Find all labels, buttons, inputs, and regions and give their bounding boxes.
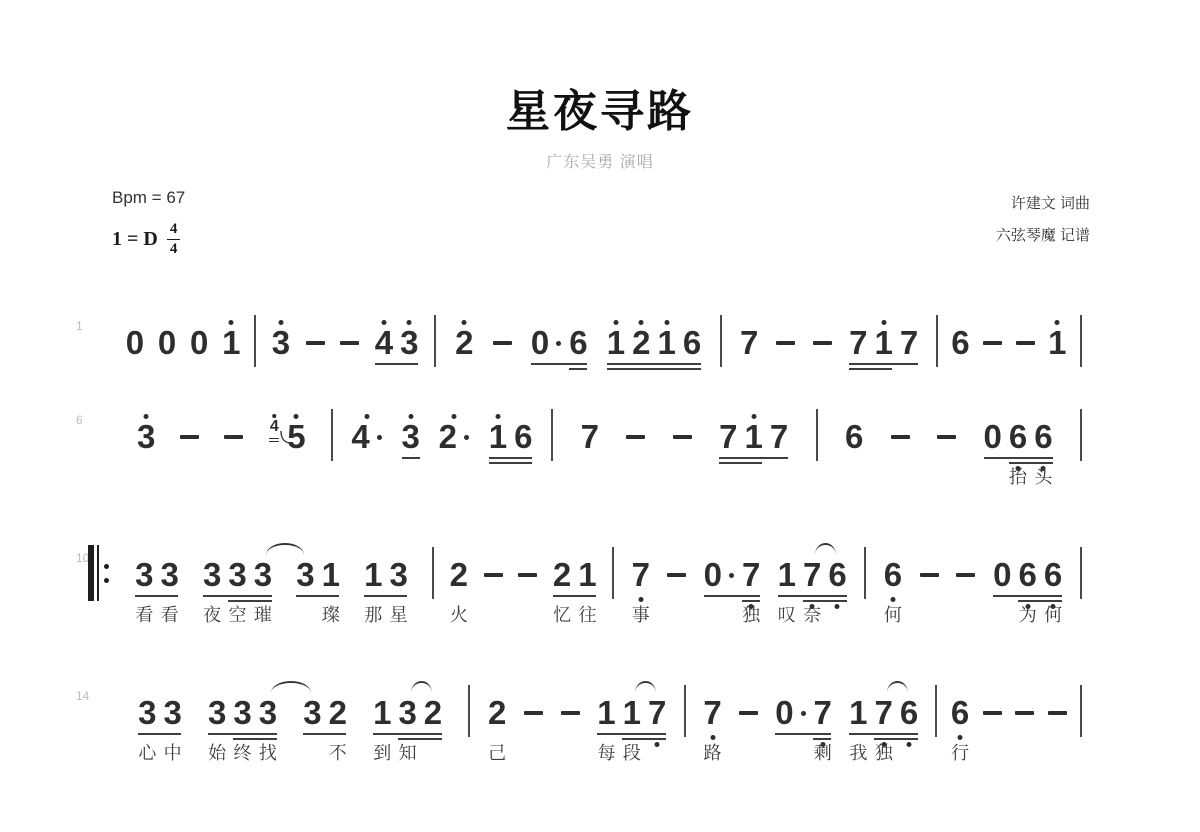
note-token: 6: [951, 326, 969, 360]
note-token: 6: [900, 696, 918, 730]
lyric-char: 火: [450, 601, 468, 627]
measure: 2061216: [436, 326, 720, 360]
octave-up-dot: [144, 414, 149, 419]
lyric-char: 己: [488, 739, 506, 765]
lyric-char: 星: [390, 601, 408, 627]
beam-line: [778, 595, 847, 597]
dash-token: [1015, 696, 1034, 730]
note-group: [1015, 696, 1034, 730]
lyric-char: 段: [623, 739, 641, 765]
note-token: 6何: [1044, 558, 1062, 592]
measure-number: 14: [76, 689, 89, 703]
note-token: 3中: [164, 696, 182, 730]
note-token: 6为: [1019, 558, 1037, 592]
measure: 345: [112, 420, 331, 454]
note-group: 2火: [450, 558, 468, 592]
dash-token: [937, 420, 956, 454]
note-token: 5: [287, 420, 305, 454]
dash-token: [891, 420, 910, 454]
beam-line: [704, 595, 760, 597]
credits: 许建文 词曲 六弦琴魔 记谱: [996, 188, 1090, 251]
time-signature: 4 4: [167, 222, 181, 257]
beam-line: [993, 595, 1062, 597]
octave-up-dot: [273, 414, 277, 418]
note-token: 3: [402, 420, 420, 454]
beam-line: [849, 363, 918, 365]
rest-token: 0: [126, 326, 144, 360]
note-token: 3终: [233, 696, 251, 730]
dash-token: [561, 696, 580, 730]
measure-number: 1: [76, 319, 83, 333]
lyric-char: 看: [161, 601, 179, 627]
note-token: 1到: [373, 696, 391, 730]
beam-line: [813, 738, 831, 740]
measure: 2己1每1段7: [470, 696, 684, 730]
notation-line-10: 103看3看3夜3空3璀31璨1那3星2火2忆1往7事07独1叹7奈66何06为…: [112, 555, 1082, 595]
dash-token: [493, 326, 512, 360]
note-token: 6: [569, 326, 587, 360]
barline: [468, 685, 470, 737]
note-token: 3看: [135, 558, 153, 592]
note-group: [776, 326, 795, 360]
note-group: 32不: [303, 696, 347, 730]
dash-token: [306, 326, 325, 360]
beam-line: [135, 595, 178, 597]
barline: [1080, 547, 1082, 599]
note-token: 7: [849, 326, 867, 360]
lyric-char: 那: [364, 601, 382, 627]
note-token: 3知: [398, 696, 416, 730]
note-token: 1: [657, 326, 675, 360]
note-group: [340, 326, 359, 360]
note-group: 717: [719, 420, 788, 454]
note-token: 1: [489, 420, 507, 454]
barline: [720, 315, 722, 367]
lyric-char: 独: [875, 739, 893, 765]
repeat-start-sign: [88, 545, 109, 601]
note-group: [937, 420, 956, 454]
measure: 6何06为6何: [866, 558, 1080, 592]
note-group: [1048, 696, 1067, 730]
note-token: 3看: [161, 558, 179, 592]
note-group: 7: [740, 326, 758, 360]
note-token: 2己: [488, 696, 506, 730]
beam-line: [296, 595, 339, 597]
barline: [1080, 685, 1082, 737]
note-token: 1那: [364, 558, 382, 592]
barline: [1080, 315, 1082, 367]
note-token: 6头: [1034, 420, 1052, 454]
note-group: 6何: [884, 558, 902, 592]
beam-line: [607, 368, 701, 370]
dash-token: [667, 558, 686, 592]
note-token: 7: [740, 326, 758, 360]
note-group: 7: [581, 420, 599, 454]
note-group: 6行: [951, 696, 969, 730]
lyric-char: 心: [138, 739, 156, 765]
note-group: [626, 420, 645, 454]
note-group: 43: [375, 326, 419, 360]
note-token: 4: [268, 418, 280, 436]
lyric-char: 何: [884, 601, 902, 627]
note-token: 2: [455, 326, 473, 360]
lyric-char: 叹: [778, 601, 796, 627]
measure: 7717: [553, 420, 815, 454]
note-token: 3: [296, 558, 314, 592]
rest-token: 0: [158, 326, 176, 360]
note-group: 1216: [607, 326, 701, 360]
note-token: 6行: [951, 696, 969, 730]
note-token: 1叹: [778, 558, 796, 592]
note-group: [561, 696, 580, 730]
dash-token: [340, 326, 359, 360]
note-group: 1叹7奈6: [778, 558, 847, 592]
beam-line: [719, 462, 762, 464]
lyric-char: 终: [234, 739, 252, 765]
note-token: 6何: [884, 558, 902, 592]
note-group: 06抬6头: [984, 420, 1053, 454]
barline: [331, 409, 333, 461]
rest-token: 0: [704, 558, 735, 592]
measure-number: 6: [76, 413, 83, 427]
note-group: 2己: [488, 696, 506, 730]
dash-token: [626, 420, 645, 454]
note-group: [518, 558, 537, 592]
barline: [936, 315, 938, 367]
note-group: 3: [272, 326, 290, 360]
note-token: 4: [375, 326, 393, 360]
note-token: 3心: [138, 696, 156, 730]
note-token: 1: [874, 326, 892, 360]
note-group: 3看3看: [135, 558, 179, 592]
note-token: 3夜: [203, 558, 221, 592]
dash-token: [1016, 326, 1035, 360]
note-token: 7: [719, 420, 737, 454]
octave-up-dot: [751, 414, 756, 419]
measure: 606抬6头: [818, 420, 1080, 454]
sheet-music-page: 星夜寻路 广东吴勇 演唱 Bpm = 67 1 = D 4 4 许建文 词曲 六…: [0, 0, 1200, 832]
lyric-char: 每: [597, 739, 615, 765]
note-token: 3始: [208, 696, 226, 730]
notation-line-14: 143心3中3始3终3找32不1到3知22己1每1段77路07剩1我7独66行: [112, 693, 1082, 733]
octave-up-dot: [639, 320, 644, 325]
octave-up-dot: [881, 320, 886, 325]
note-group: 0: [126, 326, 144, 360]
lyric-char: 奈: [803, 601, 821, 627]
lyric-char: 夜: [203, 601, 221, 627]
note-group: [1016, 326, 1035, 360]
lyric-char: 空: [229, 601, 247, 627]
dash-token: [224, 420, 243, 454]
octave-up-dot: [462, 320, 467, 325]
beam-line: [597, 733, 666, 735]
barline: [864, 547, 866, 599]
beam-line: [373, 733, 442, 735]
performer-subtitle: 广东吴勇 演唱: [0, 149, 1200, 172]
octave-up-dot: [1055, 320, 1060, 325]
note-token: 7: [770, 420, 788, 454]
note-group: 6: [845, 420, 863, 454]
note-token: 3: [272, 326, 290, 360]
rest-token: 0: [531, 326, 562, 360]
note-token: 2忆: [553, 558, 571, 592]
credit-composer: 许建文 词曲: [996, 188, 1090, 220]
note-token: 2不: [329, 696, 347, 730]
note-token: 1: [1048, 326, 1066, 360]
barline: [254, 315, 256, 367]
lyric-char: 抬: [1009, 463, 1027, 489]
note-token: 7路: [703, 696, 721, 730]
beam-line: [208, 733, 277, 735]
octave-down-dot: [655, 742, 660, 747]
dash-token: [813, 326, 832, 360]
dash-token: [956, 558, 975, 592]
note-group: 717: [849, 326, 918, 360]
lyric-char: 路: [704, 739, 722, 765]
octave-up-dot: [381, 320, 386, 325]
note-group: [673, 420, 692, 454]
dash-token: [180, 420, 199, 454]
octave-up-dot: [495, 414, 500, 419]
beam-line: [303, 733, 346, 735]
note-token: 6: [845, 420, 863, 454]
barline: [1080, 409, 1082, 461]
beam-line: [775, 733, 831, 735]
measure: 61: [938, 326, 1080, 360]
meta-left: Bpm = 67 1 = D 4 4: [112, 188, 185, 257]
octave-up-dot: [229, 320, 234, 325]
note-group: 06为6何: [993, 558, 1062, 592]
note-group: [956, 558, 975, 592]
beam-line: [719, 457, 788, 459]
note-group: 2: [439, 420, 470, 454]
dash-token: [1048, 696, 1067, 730]
octave-up-dot: [278, 320, 283, 325]
octave-up-dot: [407, 320, 412, 325]
rest-token: 0: [993, 558, 1011, 592]
note-group: 0: [158, 326, 176, 360]
lyric-char: 头: [1034, 463, 1052, 489]
lyric-char: 忆: [553, 601, 571, 627]
measure: 3看3看3夜3空3璀31璨1那3星: [111, 558, 432, 592]
barline: [935, 685, 937, 737]
lyric-char: 看: [135, 601, 153, 627]
beam-line: [742, 600, 760, 602]
dash-token: [484, 558, 503, 592]
beam-line: [138, 733, 181, 735]
lyric-char: 为: [1019, 601, 1037, 627]
note-token: 7事: [632, 558, 650, 592]
note-token: 2火: [450, 558, 468, 592]
note-group: 31璨: [296, 558, 340, 592]
note-group: [983, 696, 1002, 730]
note-token: 7剩: [814, 696, 832, 730]
beam-line: [489, 462, 532, 464]
dash-token: [739, 696, 758, 730]
note-token: 1每: [597, 696, 615, 730]
note-group: [224, 420, 243, 454]
barline: [434, 315, 436, 367]
measure: 2火2忆1往: [434, 558, 612, 592]
note-group: 6: [951, 326, 969, 360]
beam-line: [364, 595, 407, 597]
note-token: 2: [439, 420, 470, 454]
notation-line-6: 6345432167717606抬6头: [112, 417, 1082, 457]
note-token: 2: [424, 696, 442, 730]
note-token: 3: [400, 326, 418, 360]
measure: 6行: [937, 696, 1080, 730]
barline: [816, 409, 818, 461]
note-token: 3璀: [254, 558, 272, 592]
note-group: 1到3知2: [373, 696, 442, 730]
note-token: 3找: [259, 696, 277, 730]
note-group: 3始3终3找: [208, 696, 277, 730]
note-token: 1: [745, 420, 763, 454]
note-group: [524, 696, 543, 730]
octave-up-dot: [664, 320, 669, 325]
note-token: 6: [514, 420, 532, 454]
lyric-char: 璨: [322, 601, 340, 627]
note-token: 7独: [875, 696, 893, 730]
note-group: [920, 558, 939, 592]
note-token: 3空: [228, 558, 246, 592]
note-group: [484, 558, 503, 592]
dash-token: [983, 696, 1002, 730]
lyric-char: 知: [399, 739, 417, 765]
measure: 0001: [112, 326, 254, 360]
octave-up-dot: [294, 414, 299, 419]
note-group: [306, 326, 325, 360]
key-prefix: 1 = D: [112, 228, 158, 251]
beam-line: [984, 457, 1053, 459]
note-group: 1: [222, 326, 240, 360]
dash-token: [776, 326, 795, 360]
beam-line: [398, 738, 442, 740]
octave-up-dot: [408, 414, 413, 419]
note-token: 1: [607, 326, 625, 360]
dash-token: [920, 558, 939, 592]
score: 1000134320612167717616345432167717606抬6头…: [112, 323, 1082, 733]
rest-token: 0: [775, 696, 806, 730]
note-group: 3: [402, 420, 420, 454]
beam-line: [203, 595, 272, 597]
note-token: 7: [648, 696, 666, 730]
note-token: 6: [683, 326, 701, 360]
lyric-char: 找: [259, 739, 277, 765]
notation-line-1: 100013432061216771761: [112, 323, 1082, 363]
beam-line: [402, 457, 420, 459]
note-token: 4: [351, 420, 382, 454]
barline: [612, 547, 614, 599]
octave-down-dot: [835, 604, 840, 609]
beam-line: [553, 595, 596, 597]
time-signature-numerator: 4: [167, 222, 181, 240]
note-group: [667, 558, 686, 592]
note-group: [983, 326, 1002, 360]
time-signature-denominator: 4: [170, 240, 178, 257]
song-title: 星夜寻路: [0, 0, 1200, 136]
beam-line: [803, 600, 847, 602]
lyric-char: 独: [742, 601, 760, 627]
measure: 3心3中3始3终3找32不1到3知2: [112, 696, 468, 730]
note-token: 6: [828, 558, 846, 592]
note-group: 07独: [704, 558, 761, 592]
lyric-char: 到: [373, 739, 391, 765]
measure: 7路07剩1我7独6: [686, 696, 935, 730]
note-token: 7独: [742, 558, 760, 592]
note-group: 2: [455, 326, 473, 360]
note-token: 3: [137, 420, 155, 454]
note-group: 16: [489, 420, 533, 454]
dash-token: [673, 420, 692, 454]
note-token: 1往: [578, 558, 596, 592]
note-group: 0: [190, 326, 208, 360]
note-group: 2忆1往: [553, 558, 597, 592]
note-group: 07剩: [775, 696, 832, 730]
note-group: 45: [268, 420, 305, 454]
beam-line: [489, 457, 532, 459]
octave-down-dot: [907, 742, 912, 747]
barline: [551, 409, 553, 461]
credit-transcriber: 六弦琴魔 记谱: [996, 220, 1090, 252]
note-token: 3星: [389, 558, 407, 592]
lyric-char: 始: [208, 739, 226, 765]
dash-token: [983, 326, 1002, 360]
note-group: 3心3中: [138, 696, 182, 730]
note-token: 7奈: [803, 558, 821, 592]
beam-line: [1009, 462, 1053, 464]
barline: [432, 547, 434, 599]
note-token: 7: [581, 420, 599, 454]
key-signature: 1 = D 4 4: [112, 222, 185, 257]
note-token: 6抬: [1009, 420, 1027, 454]
note-token: 3: [303, 696, 321, 730]
beam-line: [1018, 600, 1062, 602]
lyric-char: 往: [578, 601, 596, 627]
dash-token: [518, 558, 537, 592]
lyric-char: 我: [849, 739, 867, 765]
note-group: 7事: [632, 558, 650, 592]
beam-line: [622, 738, 666, 740]
note-group: 1那3星: [364, 558, 408, 592]
lyric-char: 不: [329, 739, 347, 765]
lyric-char: 中: [164, 739, 182, 765]
bpm-label: Bpm = 67: [112, 188, 185, 208]
note-token: 1段: [623, 696, 641, 730]
dash-token: [524, 696, 543, 730]
note-group: 3夜3空3璀: [203, 558, 272, 592]
note-group: 1我7独6: [849, 696, 918, 730]
beam-line: [874, 738, 918, 740]
note-group: 3: [137, 420, 155, 454]
measure: 343: [256, 326, 434, 360]
octave-up-dot: [613, 320, 618, 325]
note-group: 7路: [703, 696, 721, 730]
octave-up-dot: [365, 414, 370, 419]
note-token: 1: [222, 326, 240, 360]
note-group: [739, 696, 758, 730]
note-token: 1我: [849, 696, 867, 730]
lyric-char: 事: [632, 601, 650, 627]
note-group: 4: [351, 420, 382, 454]
beam-line: [228, 600, 272, 602]
beam-line: [849, 368, 892, 370]
note-group: 06: [531, 326, 588, 360]
lyric-char: 剩: [814, 739, 832, 765]
beam-line: [375, 363, 418, 365]
beam-line: [607, 363, 701, 365]
measure: 7717: [722, 326, 935, 360]
